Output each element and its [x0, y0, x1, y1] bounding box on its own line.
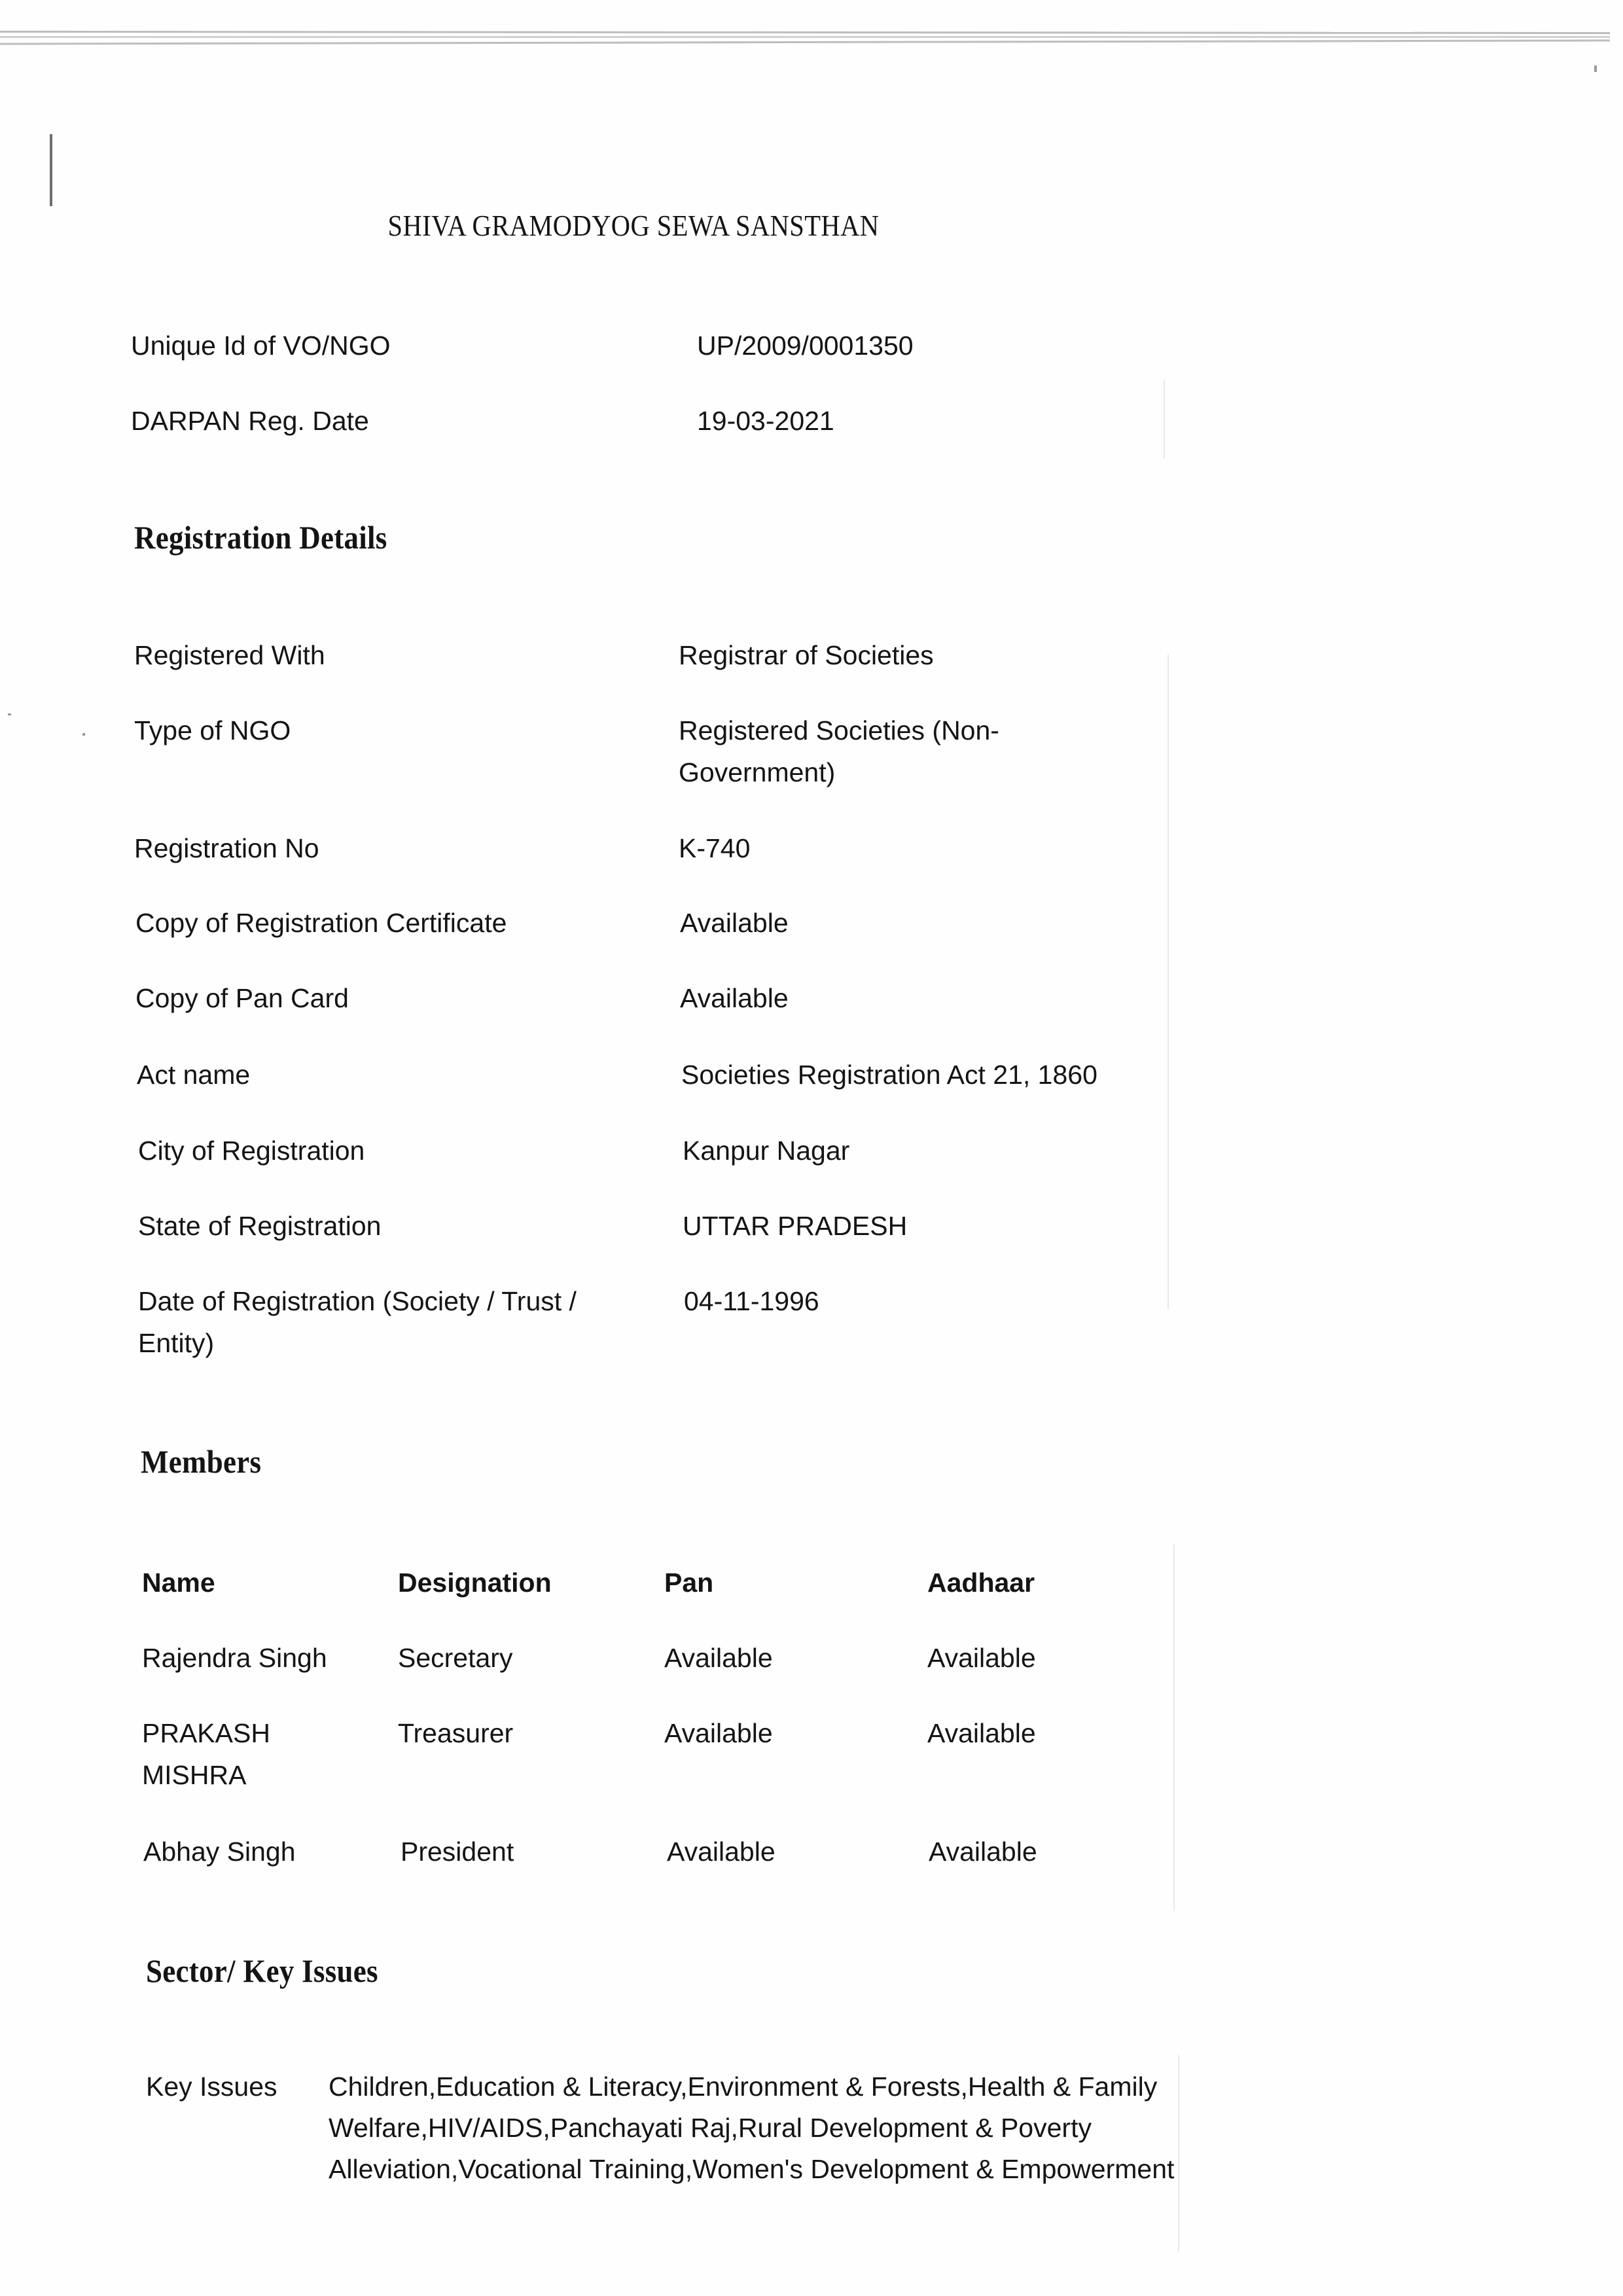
registration-certificate-value: Available	[680, 902, 789, 944]
member-aadhaar: Available	[927, 1637, 1036, 1679]
unique-id-value: UP/2009/0001350	[697, 325, 914, 367]
scan-artifact-line	[0, 36, 1610, 38]
member-designation: President	[401, 1831, 514, 1873]
member-aadhaar: Available	[929, 1831, 1037, 1873]
member-pan: Available	[664, 1637, 773, 1679]
unique-id-label: Unique Id of VO/NGO	[131, 325, 391, 367]
scan-speck	[82, 733, 85, 736]
members-column-aadhaar: Aadhaar	[927, 1562, 1035, 1604]
member-aadhaar: Available	[927, 1712, 1036, 1754]
registered-with-value: Registrar of Societies	[679, 634, 934, 676]
registration-no-label: Registration No	[134, 827, 319, 869]
margin-mark	[50, 134, 52, 206]
member-name: Abhay Singh	[143, 1831, 296, 1873]
members-column-pan: Pan	[664, 1562, 713, 1604]
registration-certificate-label: Copy of Registration Certificate	[135, 902, 507, 944]
scanned-document-page: SHIVA GRAMODYOG SEWA SANSTHAN Unique Id …	[0, 0, 1623, 2296]
scan-artifact-line	[0, 39, 1610, 45]
pan-card-label: Copy of Pan Card	[135, 977, 349, 1019]
scan-artifact-vline	[1173, 1545, 1175, 1911]
member-pan: Available	[667, 1831, 776, 1873]
sector-key-issues-heading: Sector/ Key Issues	[146, 1952, 378, 1990]
scan-artifact-vline	[1164, 380, 1165, 458]
scan-artifact-line	[0, 31, 1610, 34]
key-issues-label: Key Issues	[146, 2066, 277, 2108]
member-name: PRAKASH MISHRA	[142, 1712, 293, 1796]
members-column-designation: Designation	[398, 1562, 552, 1604]
members-column-name: Name	[142, 1562, 215, 1604]
act-name-label: Act name	[137, 1054, 250, 1096]
scan-artifact-vline	[1168, 655, 1169, 1309]
pan-card-value: Available	[680, 977, 789, 1019]
city-of-registration-value: Kanpur Nagar	[683, 1130, 849, 1172]
member-designation: Treasurer	[398, 1712, 513, 1754]
scan-speck	[8, 713, 11, 715]
registration-no-value: K-740	[679, 827, 750, 869]
type-of-ngo-label: Type of NGO	[134, 709, 291, 751]
registered-with-label: Registered With	[134, 634, 325, 676]
act-name-value: Societies Registration Act 21, 1860	[681, 1054, 1097, 1096]
member-pan: Available	[664, 1712, 773, 1754]
state-of-registration-value: UTTAR PRADESH	[683, 1205, 907, 1247]
registration-details-heading: Registration Details	[134, 518, 387, 556]
city-of-registration-label: City of Registration	[138, 1130, 365, 1172]
state-of-registration-label: State of Registration	[138, 1205, 381, 1247]
member-designation: Secretary	[398, 1637, 512, 1679]
member-name: Rajendra Singh	[142, 1637, 327, 1679]
key-issues-value: Children,Education & Literacy,Environmen…	[329, 2066, 1186, 2190]
darpan-date-label: DARPAN Reg. Date	[131, 400, 369, 442]
members-heading: Members	[141, 1443, 261, 1480]
scan-speck	[1594, 65, 1597, 72]
darpan-date-value: 19-03-2021	[697, 400, 834, 442]
type-of-ngo-value: Registered Societies (Non-Government)	[679, 709, 1045, 793]
organization-title: SHIVA GRAMODYOG SEWA SANSTHAN	[76, 208, 1191, 243]
date-of-registration-value: 04-11-1996	[684, 1280, 819, 1322]
date-of-registration-label: Date of Registration (Society / Trust / …	[138, 1280, 635, 1364]
